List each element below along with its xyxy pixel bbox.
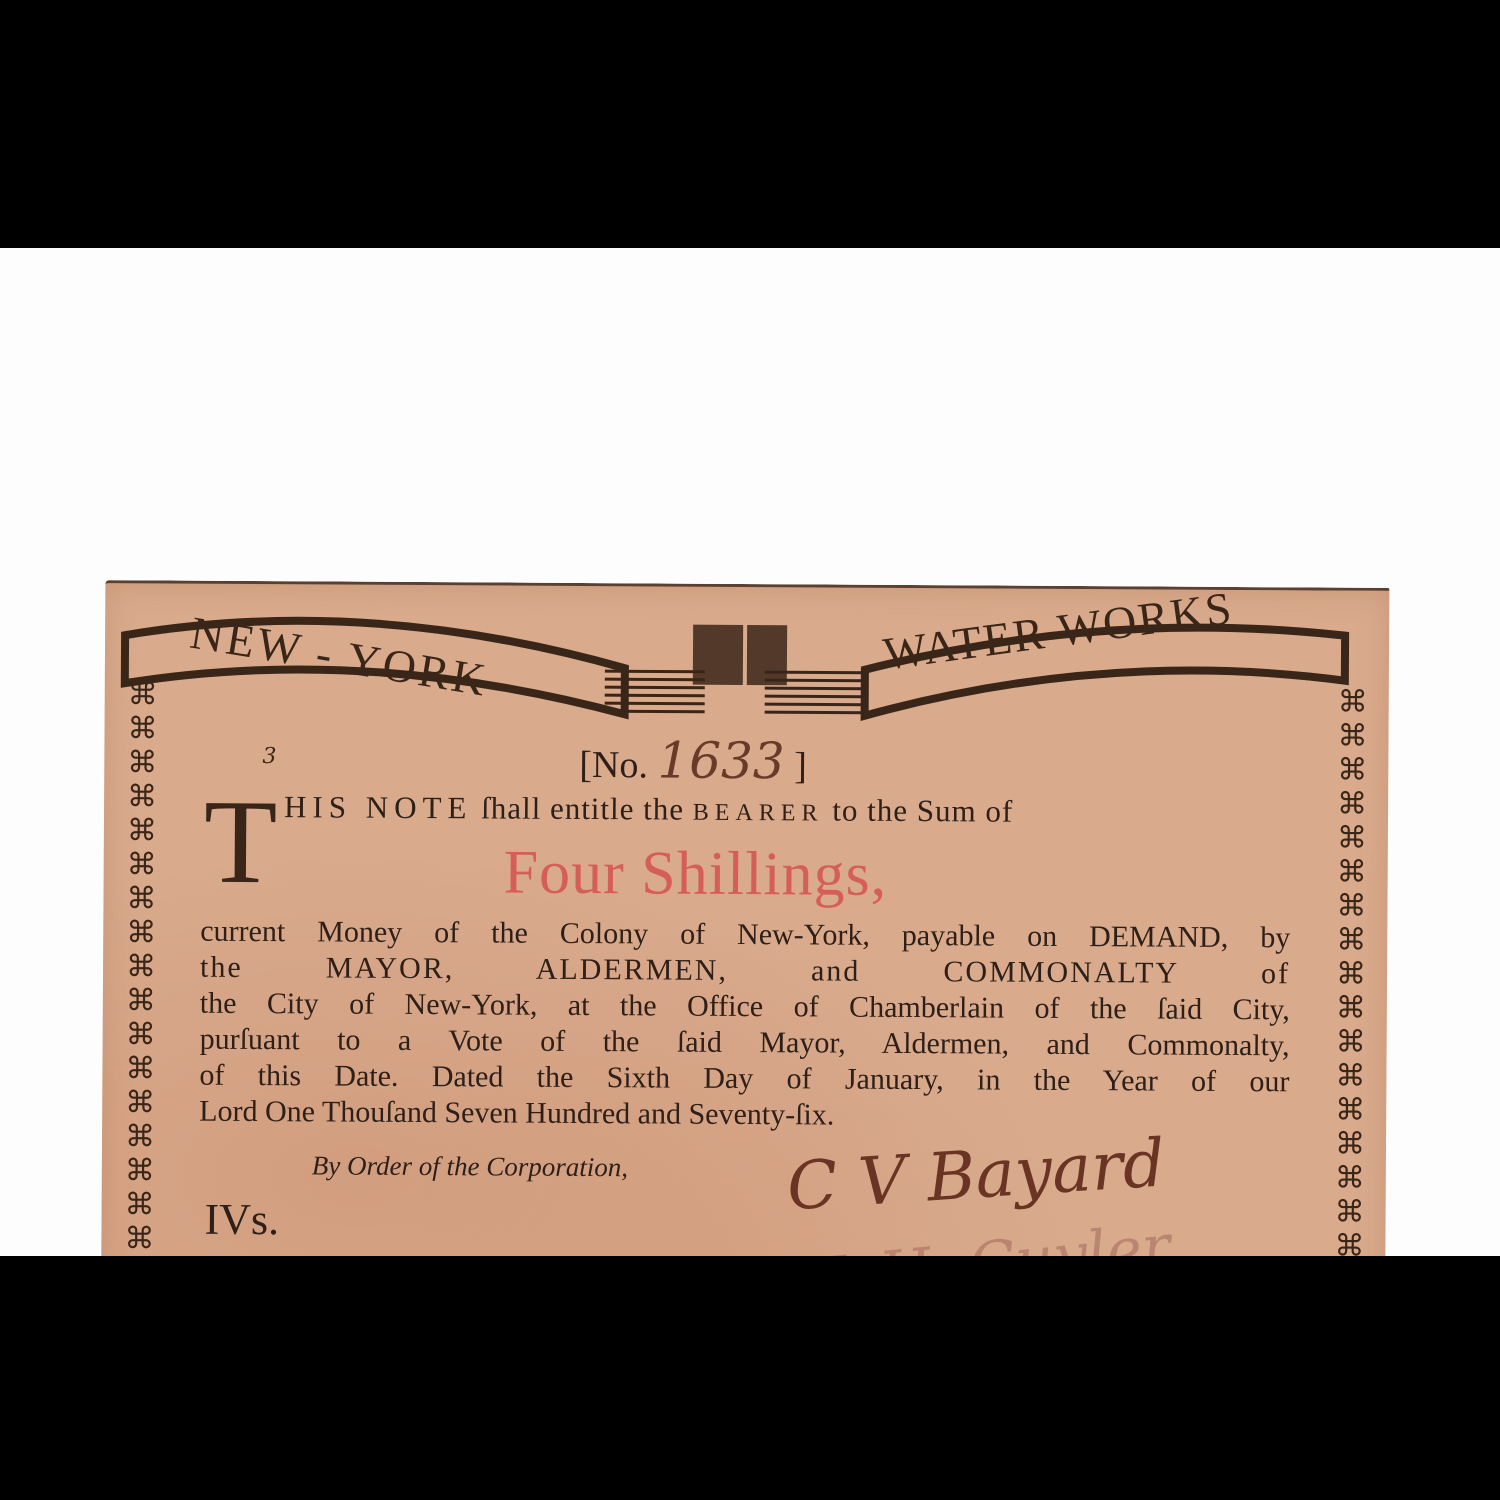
knot-ornament-icon: ⌘⌘⌘⌘⌘⌘⌘⌘⌘⌘⌘⌘⌘⌘⌘⌘⌘⌘ — [1334, 686, 1368, 1298]
order-line: By Order of the Corporation, — [312, 1150, 628, 1183]
left-ornamental-border: ⌘⌘⌘⌘⌘⌘⌘⌘⌘⌘⌘⌘⌘⌘⌘⌘⌘⌘ — [119, 678, 163, 1298]
drop-cap: T — [203, 782, 277, 902]
signature-primary: C V Bayard — [785, 1124, 1168, 1225]
opening-line: HIS NOTE ſhall entitle the BEARER to the… — [284, 789, 1013, 829]
body-text: current Money of the Colony of New-York,… — [199, 914, 1290, 1137]
denomination: IVs. — [204, 1194, 279, 1245]
serial-suffix: ] — [794, 745, 807, 787]
amount-red: Four Shillings, — [503, 838, 887, 911]
opening-text: ſhall entitle the — [481, 790, 684, 826]
opening-end: to the Sum of — [832, 793, 1013, 829]
serial-number-block: [No. 1633 ] — [579, 731, 807, 790]
opening-caps: HIS NOTE — [284, 789, 473, 825]
bearer-word: BEARER — [693, 800, 824, 827]
serial-number: 1633 — [657, 731, 785, 790]
serial-prefix: [No. — [579, 744, 648, 786]
right-ornamental-border: ⌘⌘⌘⌘⌘⌘⌘⌘⌘⌘⌘⌘⌘⌘⌘⌘⌘⌘ — [1329, 686, 1373, 1306]
plate-letter: 3 — [262, 744, 276, 769]
photo-backdrop: NEW - YORK WATER WORKS ⌘⌘⌘⌘⌘⌘⌘⌘⌘⌘⌘⌘⌘⌘⌘⌘⌘… — [0, 248, 1500, 1256]
bottom-black-band — [0, 1256, 1500, 1500]
knot-ornament-icon: ⌘⌘⌘⌘⌘⌘⌘⌘⌘⌘⌘⌘⌘⌘⌘⌘⌘⌘ — [124, 678, 158, 1290]
top-black-band — [0, 0, 1500, 248]
